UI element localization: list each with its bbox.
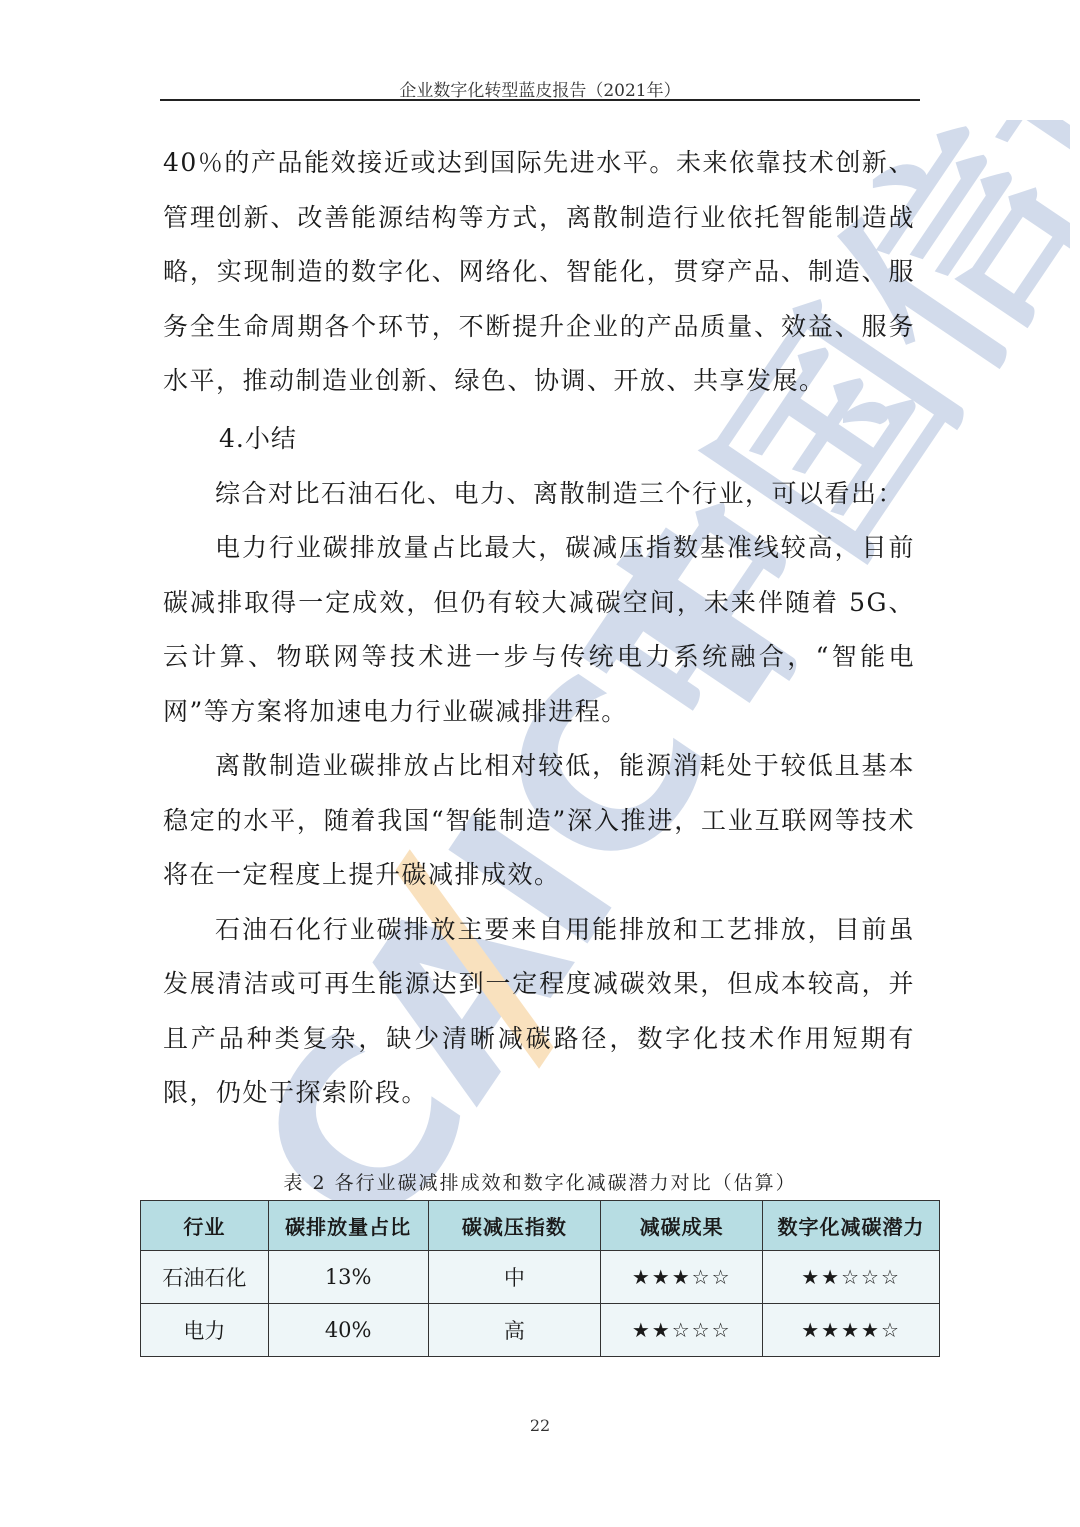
table-header-row: 行业 碳排放量占比 碳减压指数 减碳成果 数字化减碳潜力 <box>141 1201 940 1251</box>
paragraph-power-industry: 电力行业碳排放量占比最大，碳减压指数基准线较高，目前碳减排取得一定成效，但仍有较… <box>163 521 915 739</box>
cell-industry: 石油石化 <box>141 1251 269 1304</box>
star-rating: ★★★☆☆ <box>601 1251 763 1304</box>
body-text: 40％的产品能效接近或达到国际先进水平。未来依靠技术创新、管理创新、改善能源结构… <box>163 136 915 1121</box>
cell-industry: 电力 <box>141 1304 269 1357</box>
cell-pressure-index: 中 <box>428 1251 601 1304</box>
table-row: 电力 40% 高 ★★☆☆☆ ★★★★☆ <box>141 1304 940 1357</box>
header-rule <box>160 99 920 101</box>
column-header-emission-share: 碳排放量占比 <box>268 1201 428 1251</box>
star-rating: ★★★★☆ <box>763 1304 940 1357</box>
cell-emission-share: 40% <box>268 1304 428 1357</box>
paragraph-petrochemical: 石油石化行业碳排放主要来自用能排放和工艺排放，目前虽发展清洁或可再生能源达到一定… <box>163 903 915 1121</box>
paragraph-continuation: 40％的产品能效接近或达到国际先进水平。未来依靠技术创新、管理创新、改善能源结构… <box>163 136 915 409</box>
paragraph-summary-intro: 综合对比石油石化、电力、离散制造三个行业，可以看出： <box>163 467 915 522</box>
cell-emission-share: 13% <box>268 1251 428 1304</box>
cell-pressure-index: 高 <box>428 1304 601 1357</box>
column-header-industry: 行业 <box>141 1201 269 1251</box>
paragraph-discrete-manufacturing: 离散制造业碳排放占比相对较低，能源消耗处于较低且基本稳定的水平，随着我国“智能制… <box>163 739 915 903</box>
running-header: 企业数字化转型蓝皮报告（2021年） <box>160 76 920 101</box>
column-header-digital-potential: 数字化减碳潜力 <box>763 1201 940 1251</box>
column-header-pressure-index: 碳减压指数 <box>428 1201 601 1251</box>
table-row: 石油石化 13% 中 ★★★☆☆ ★★☆☆☆ <box>141 1251 940 1304</box>
star-rating: ★★☆☆☆ <box>601 1304 763 1357</box>
page-number: 22 <box>0 1416 1080 1435</box>
table-caption: 表 2 各行业碳减排成效和数字化减碳潜力对比（估算） <box>140 1168 940 1195</box>
column-header-reduction-result: 减碳成果 <box>601 1201 763 1251</box>
section-heading: 4.小结 <box>163 411 915 467</box>
comparison-table: 行业 碳排放量占比 碳减压指数 减碳成果 数字化减碳潜力 石油石化 13% 中 … <box>140 1200 940 1357</box>
star-rating: ★★☆☆☆ <box>763 1251 940 1304</box>
